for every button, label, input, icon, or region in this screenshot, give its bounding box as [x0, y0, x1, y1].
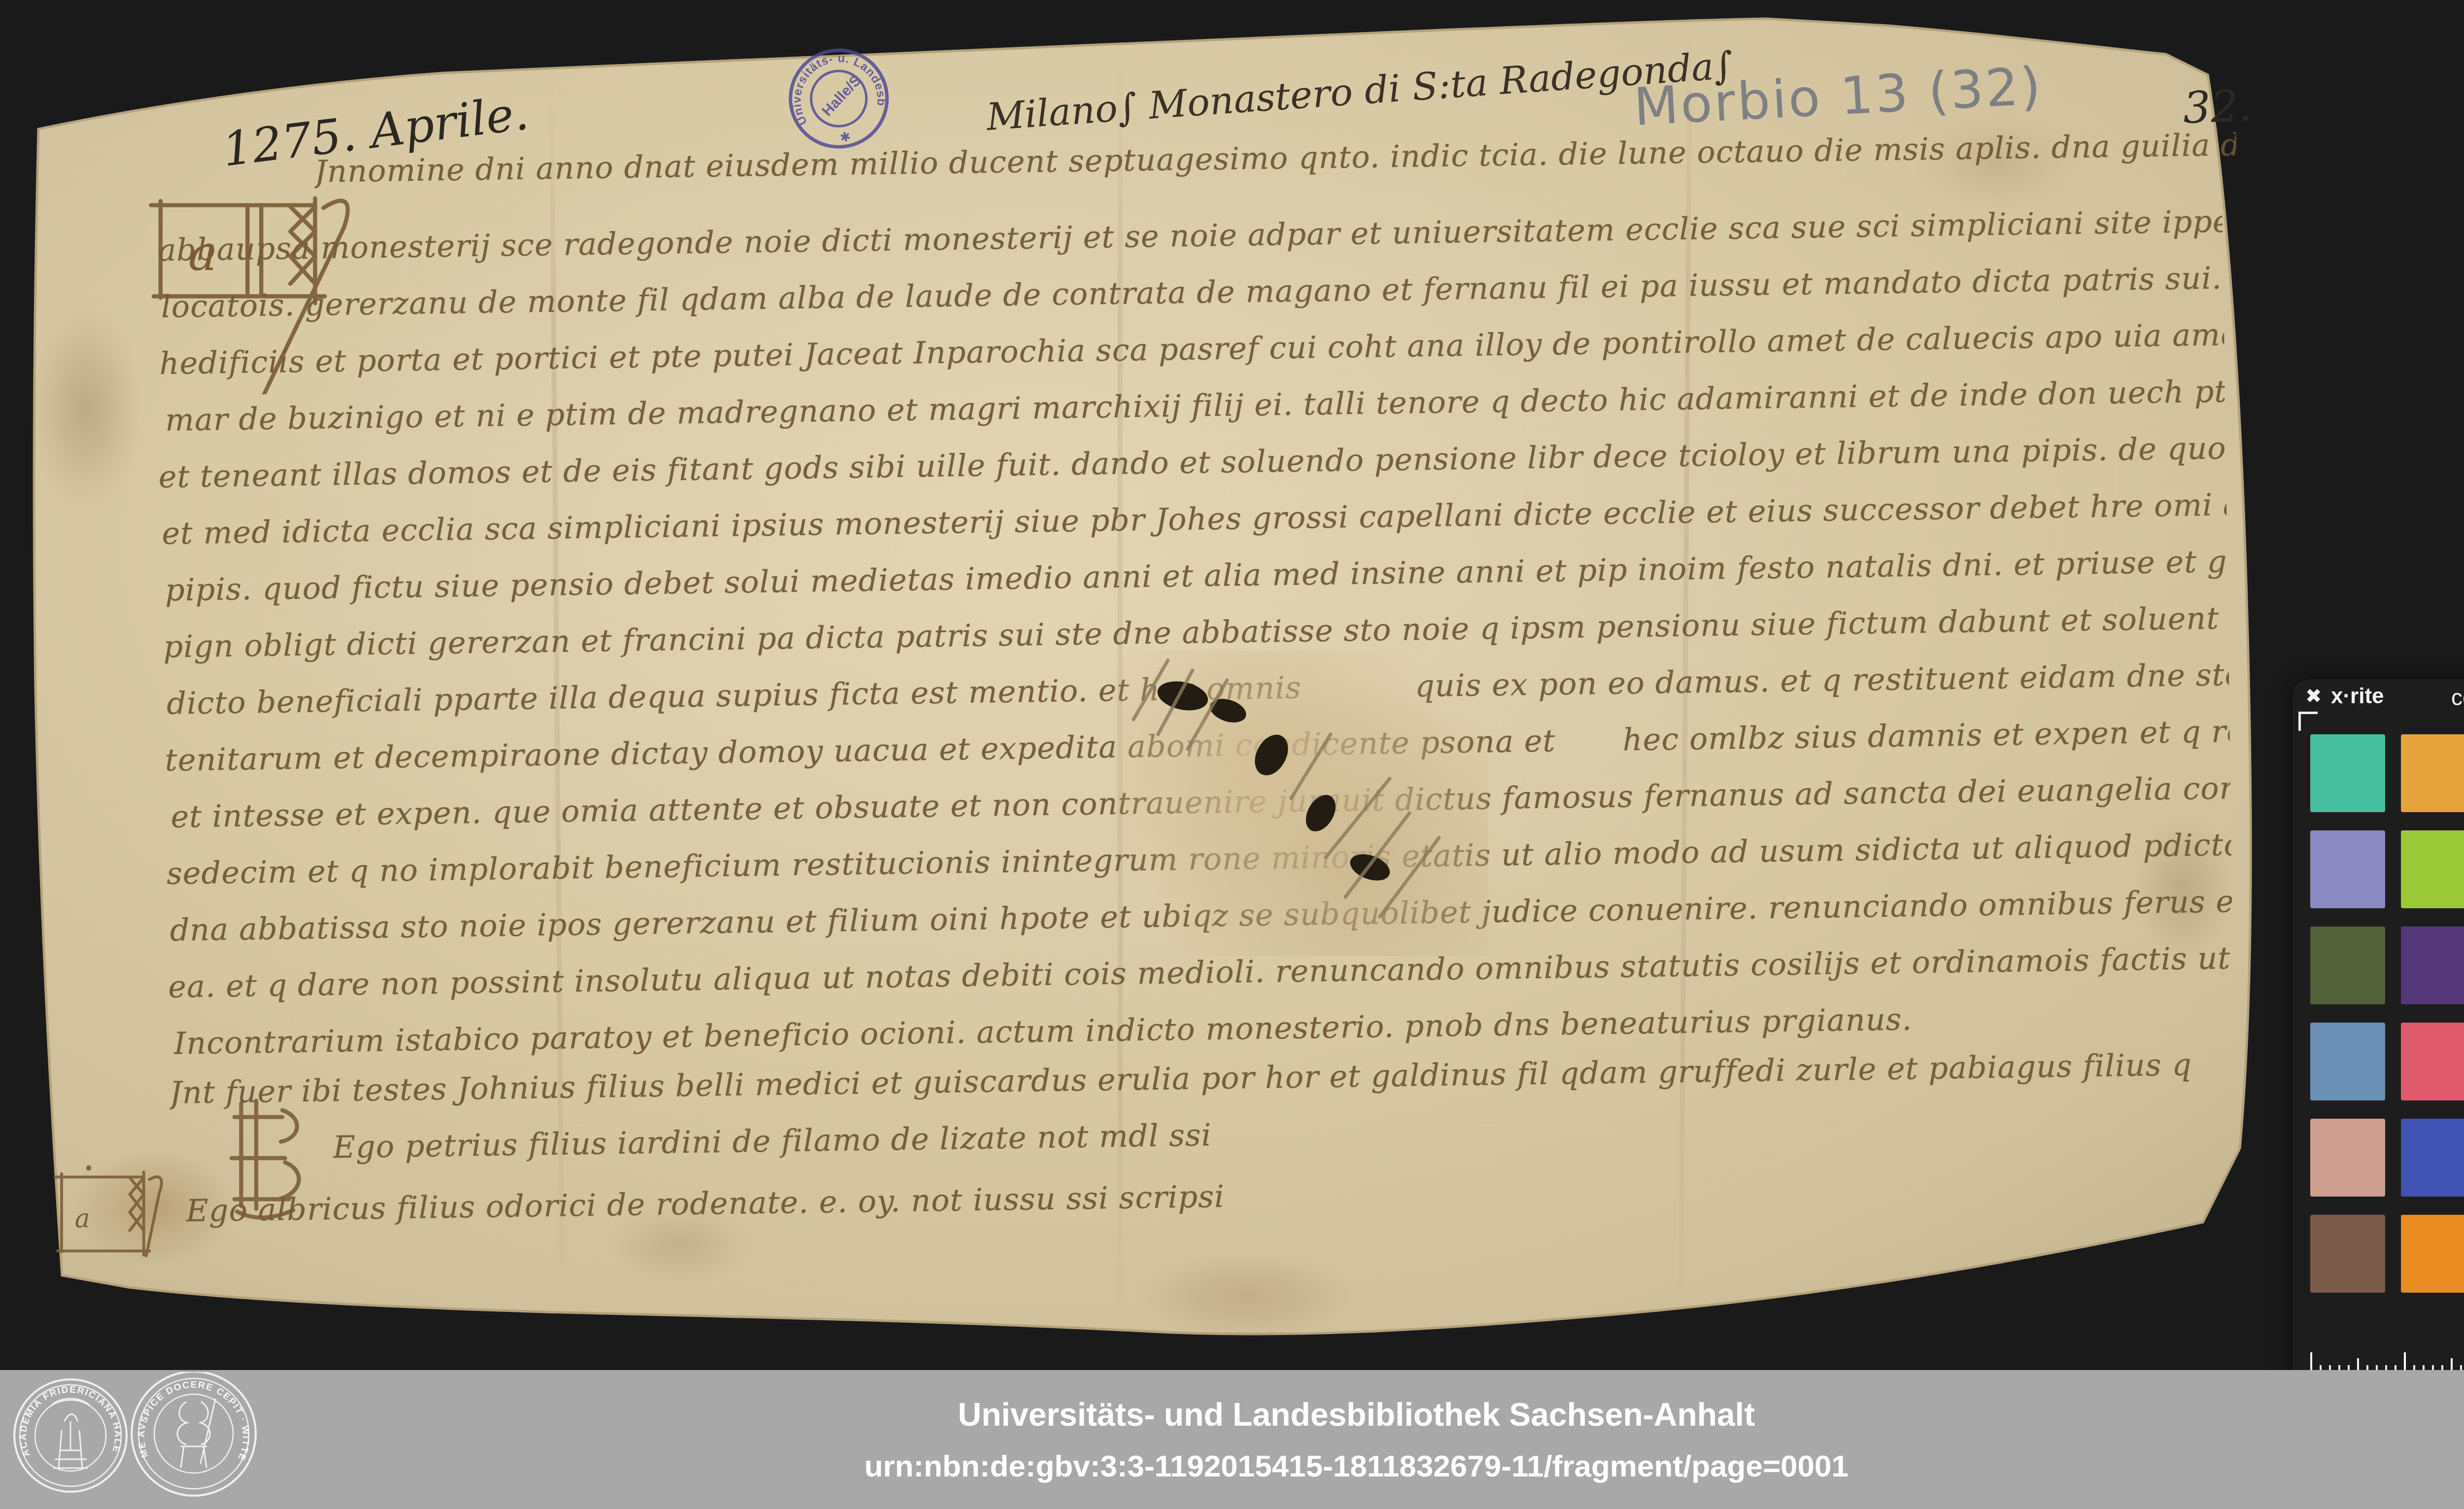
color-patch: [2401, 926, 2464, 1004]
seal-right-ring-text: ME AVSPICE DOCERE CEPIT · WITTENBERG: [137, 1380, 251, 1463]
stamp-star: ✱: [839, 129, 853, 145]
folio-number: 32.: [2182, 80, 2253, 134]
xrite-icon: ✖: [2305, 685, 2322, 708]
color-patch: [2401, 1119, 2464, 1197]
footer-bar: Universitäts- und Landesbibliothek Sachs…: [0, 1370, 2464, 1509]
stamp-ring-text: Universitäts- u. Landesbibliothek: [781, 42, 890, 128]
svg-text:Universitäts- u. Landesbibliot: Universitäts- u. Landesbibliothek: [781, 42, 890, 128]
color-patch: [2310, 734, 2385, 812]
color-patch: [2401, 830, 2464, 908]
notarial-sign-middle: [212, 1097, 325, 1220]
manuscript-line: Jnnomine dni anno dnat eiusdem millio du…: [314, 127, 2237, 189]
manuscript-line: et teneant illas domos et de eis fitant …: [158, 430, 2226, 495]
notarial-sign-bottom: a: [49, 1161, 172, 1269]
library-stamp: Universitäts- u. Landesbibliothek Halle/…: [775, 34, 903, 163]
digitized-charter-page: Jnnomine dni anno dnat eiusdem millio du…: [0, 0, 2464, 1509]
colorchecker-card: ✖ x·rite colorchecker CLASSIC: [2293, 679, 2464, 1389]
urn-identifier: urn:nbn:de:gbv:3:3-1192015415-1811832679…: [0, 1449, 2464, 1484]
manuscript-line: hedificiis et porta et portici et pte pu…: [159, 316, 2224, 381]
manuscript-notary-line: Ego petrius filius iardini de filamo de …: [333, 1117, 1212, 1165]
color-patch: [2310, 926, 2385, 1004]
notarial-sign-top: a: [145, 187, 352, 394]
color-patch: [2310, 830, 2385, 908]
sign-letter: a: [75, 1204, 90, 1234]
university-seal-right: ME AVSPICE DOCERE CEPIT · WITTENBERG: [126, 1372, 262, 1509]
colorchecker-title-light: color: [2451, 685, 2464, 710]
xrite-brand: x·rite: [2331, 684, 2384, 709]
color-patch: [2310, 1215, 2385, 1293]
manuscript-line: locatois. gererzanu de monte fil qdam al…: [161, 260, 2224, 324]
color-patch: [2401, 1023, 2464, 1100]
manuscript-line: mar de buzinigo et ni e ptim de madregna…: [165, 373, 2225, 438]
color-patch: [2310, 1119, 2385, 1197]
color-patch: [2401, 734, 2464, 812]
registration-bracket-left: [2298, 712, 2318, 731]
svg-text:ME AVSPICE DOCERE CEPIT · WITT: ME AVSPICE DOCERE CEPIT · WITTENBERG: [137, 1380, 251, 1463]
sign-letter: a: [188, 226, 217, 282]
manuscript-line: pipis. quod fictu siue pensio debet solu…: [165, 543, 2227, 608]
stamp-center-text: Halle/S: [819, 72, 864, 120]
color-patch: [2401, 1215, 2464, 1293]
manuscript-line: et med idicta ecclia sca simpliciani ips…: [162, 486, 2227, 551]
manuscript-line: Incontrarium istabico paratoy et benefic…: [173, 1001, 1912, 1061]
manuscript-line: abbaupsa monesterij sce radegonde noie d…: [158, 203, 2223, 268]
parchment-holes: [1114, 651, 1488, 956]
university-seal-left: ACADEMIA FRIDERICIANA HALENSIS: [9, 1374, 132, 1509]
color-patch: [2310, 1023, 2385, 1100]
institution-name: Universitäts- und Landesbibliothek Sachs…: [0, 1396, 2464, 1433]
manuscript-notary-line: Ego albricus filius odorici de rodenate.…: [186, 1178, 1225, 1229]
